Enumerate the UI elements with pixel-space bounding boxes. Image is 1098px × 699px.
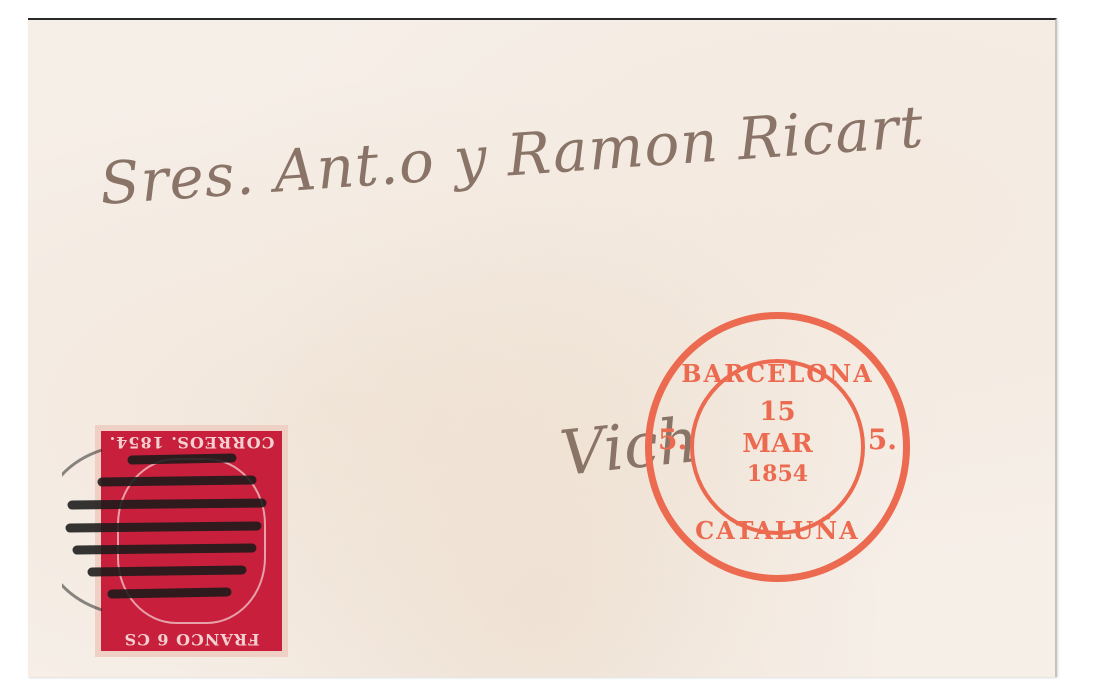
stamp-value-text: FRANCO 6 CS [124, 628, 260, 651]
postmark-year: 1854 [652, 461, 903, 487]
grill-cancel-mark [62, 440, 272, 620]
postmark-side-left: 5. [658, 423, 687, 456]
barcelona-postmark: BARCELONA 15 MAR 1854 5. 5. CATALUÑA [645, 312, 910, 582]
postmark-day: 15 [652, 397, 903, 427]
postmark-city: BARCELONA [652, 359, 903, 388]
postmark-side-right: 5. [868, 423, 897, 456]
postmark-region: CATALUÑA [652, 516, 903, 545]
postmark-month: MAR [652, 429, 903, 459]
